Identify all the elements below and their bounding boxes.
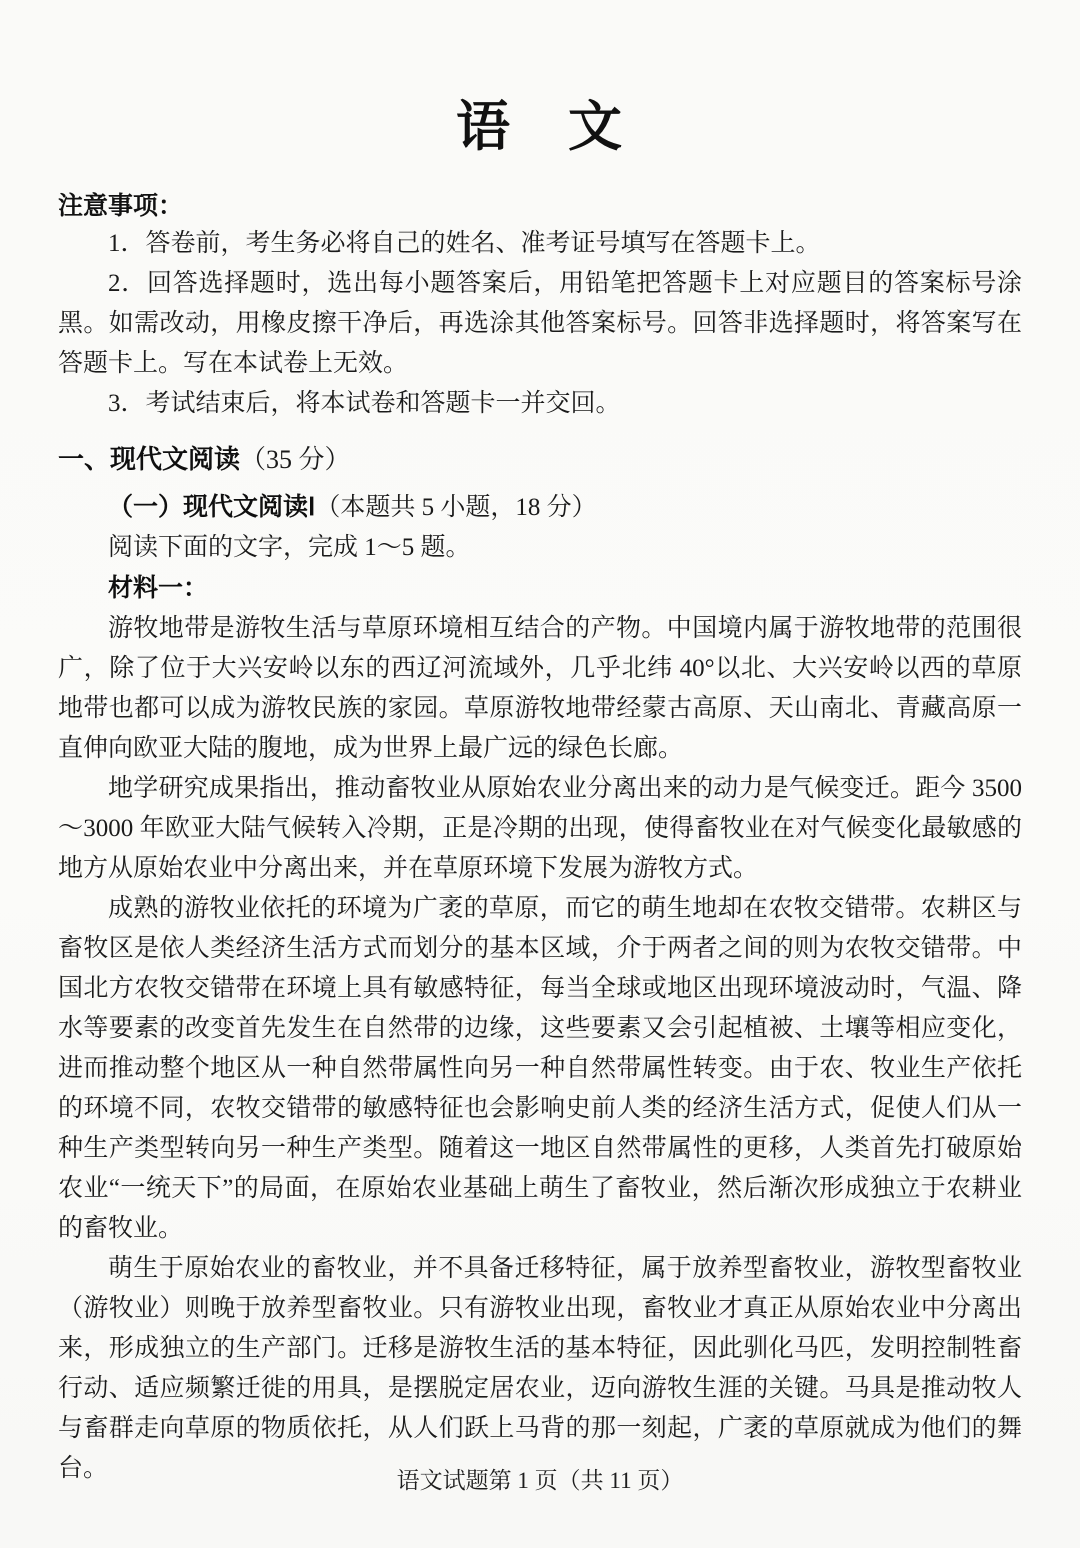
page-footer: 语文试题第 1 页（共 11 页）: [0, 1466, 1080, 1496]
section-heading: 一、现代文阅读（35 分）: [58, 440, 1022, 479]
notice-item-3: 3．考试结束后，将本试卷和答题卡一并交回。: [58, 384, 1022, 424]
page-title: 语 文: [58, 92, 1022, 162]
notice-item-2: 2．回答选择题时，选出每小题答案后，用铅笔把答题卡上对应题目的答案标号涂黑。如需…: [58, 264, 1022, 384]
material-label: 材料一：: [108, 574, 208, 602]
material-label-line: 材料一：: [58, 568, 1022, 609]
section-heading-bold: 一、现代文阅读: [58, 444, 240, 474]
subsection-heading: （一）现代文阅读Ⅰ（本题共 5 小题，18 分）: [58, 487, 1022, 528]
subsection-heading-score: （本题共 5 小题，18 分）: [315, 494, 596, 521]
body-paragraph-3: 成熟的游牧业依托的环境为广袤的草原，而它的萌生地却在农牧交错带。农耕区与畜牧区是…: [58, 889, 1022, 1249]
reading-instruction: 阅读下面的文字，完成 1～5 题。: [58, 528, 1022, 568]
body-paragraph-4: 萌生于原始农业的畜牧业，并不具备迁移特征，属于放养型畜牧业，游牧型畜牧业（游牧业…: [58, 1249, 1022, 1489]
body-paragraph-1: 游牧地带是游牧生活与草原环境相互结合的产物。中国境内属于游牧地带的范围很广，除了…: [58, 609, 1022, 769]
notice-heading: 注意事项：: [58, 188, 1022, 224]
body-paragraph-2: 地学研究成果指出，推动畜牧业从原始农业分离出来的动力是气候变迁。距今 3500～…: [58, 769, 1022, 889]
notice-item-1: 1．答卷前，考生务必将自己的姓名、准考证号填写在答题卡上。: [58, 224, 1022, 264]
exam-paper-page: 语 文 注意事项： 1．答卷前，考生务必将自己的姓名、准考证号填写在答题卡上。 …: [0, 0, 1080, 1548]
section-heading-score: （35 分）: [240, 445, 351, 474]
subsection-heading-bold: （一）现代文阅读Ⅰ: [108, 493, 315, 521]
